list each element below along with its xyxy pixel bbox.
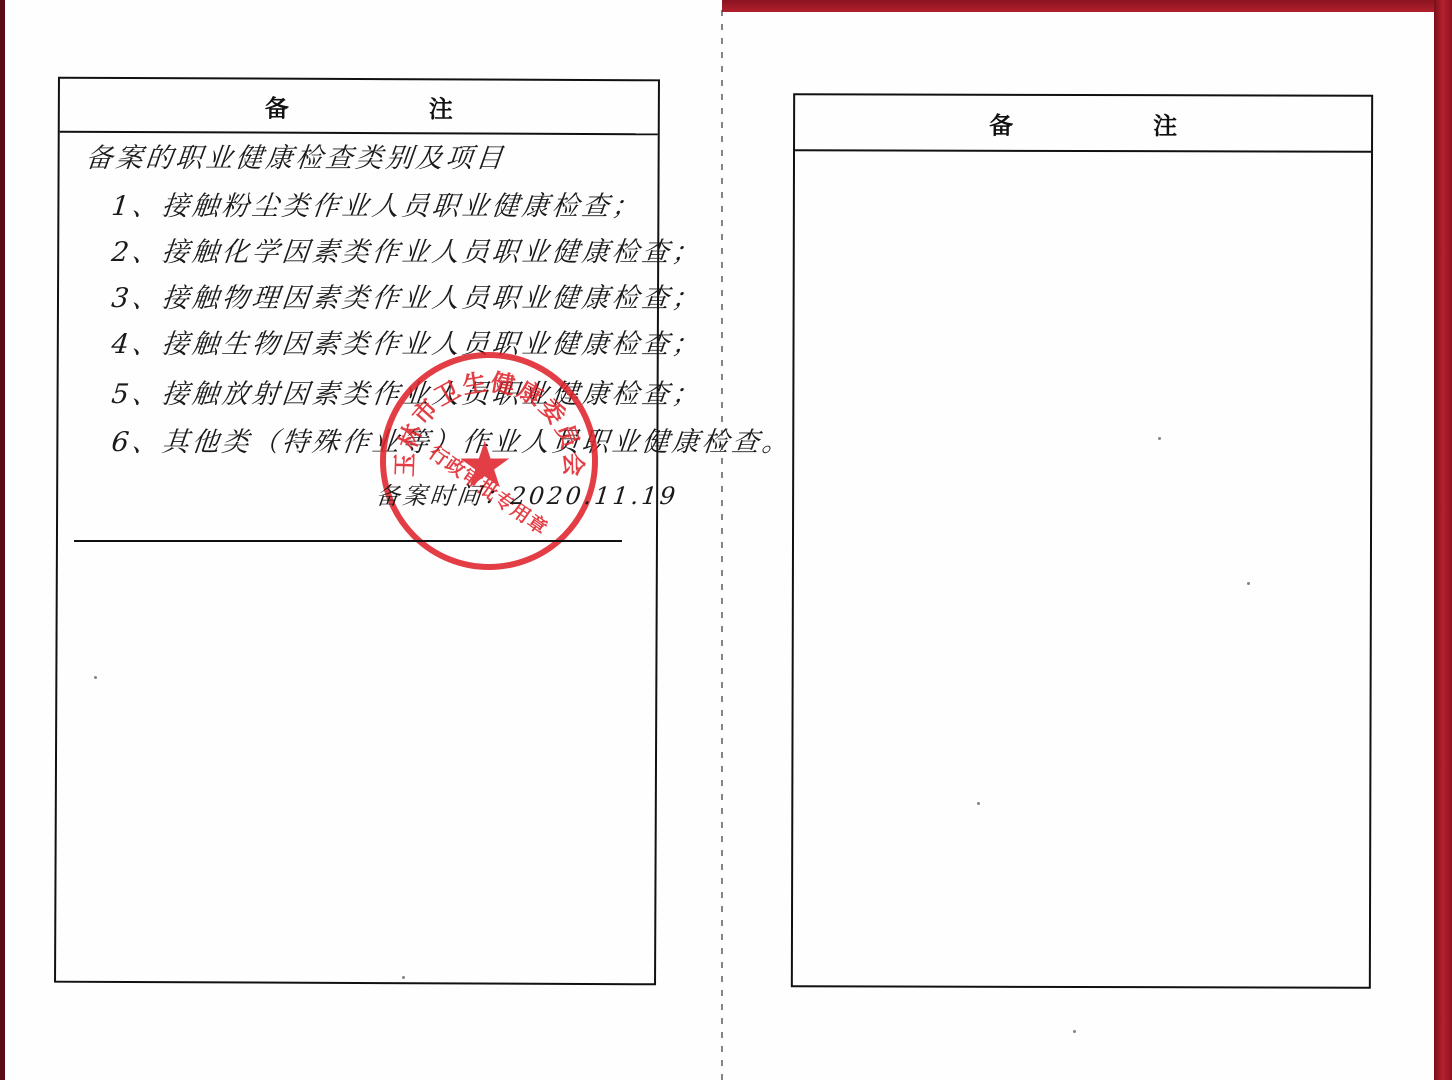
left-remarks-header: 备 注 <box>60 79 658 136</box>
right-remarks-header: 备 注 <box>795 95 1371 153</box>
paper-speck <box>1247 582 1250 585</box>
signature-rule-line <box>74 540 622 542</box>
right-remarks-frame: 备 注 <box>791 93 1373 989</box>
handwritten-item-1: 1、接触粉尘类作业人员职业健康检查； <box>110 184 644 223</box>
paper-speck <box>402 976 405 979</box>
paper-speck <box>1073 1030 1076 1033</box>
handwritten-title: 备案的职业健康检查类别及项目 <box>84 136 508 175</box>
handwritten-item-3: 3、接触物理因素类作业人员职业健康检查； <box>110 276 704 315</box>
paper-speck <box>1158 437 1161 440</box>
paper-speck <box>977 802 980 805</box>
header-char-1: 备 <box>265 88 289 123</box>
paper-speck <box>94 676 97 679</box>
header-char-2: 注 <box>429 89 453 124</box>
book-spine <box>721 10 723 1080</box>
header-char-1: 备 <box>989 105 1013 140</box>
book-cover-right-edge <box>1434 0 1452 1080</box>
handwritten-item-4: 4、接触生物因素类作业人员职业健康检查； <box>110 322 704 361</box>
header-char-2: 注 <box>1153 106 1177 141</box>
official-seal: 玉林市卫生健康委员会 ★ 行政审批专用章 <box>380 352 598 570</box>
handwritten-item-2: 2、接触化学因素类作业人员职业健康检查； <box>110 230 704 269</box>
filing-date-signature: 备案时间：2020.11.19 <box>374 476 680 511</box>
book-cover-top-edge <box>722 0 1452 12</box>
